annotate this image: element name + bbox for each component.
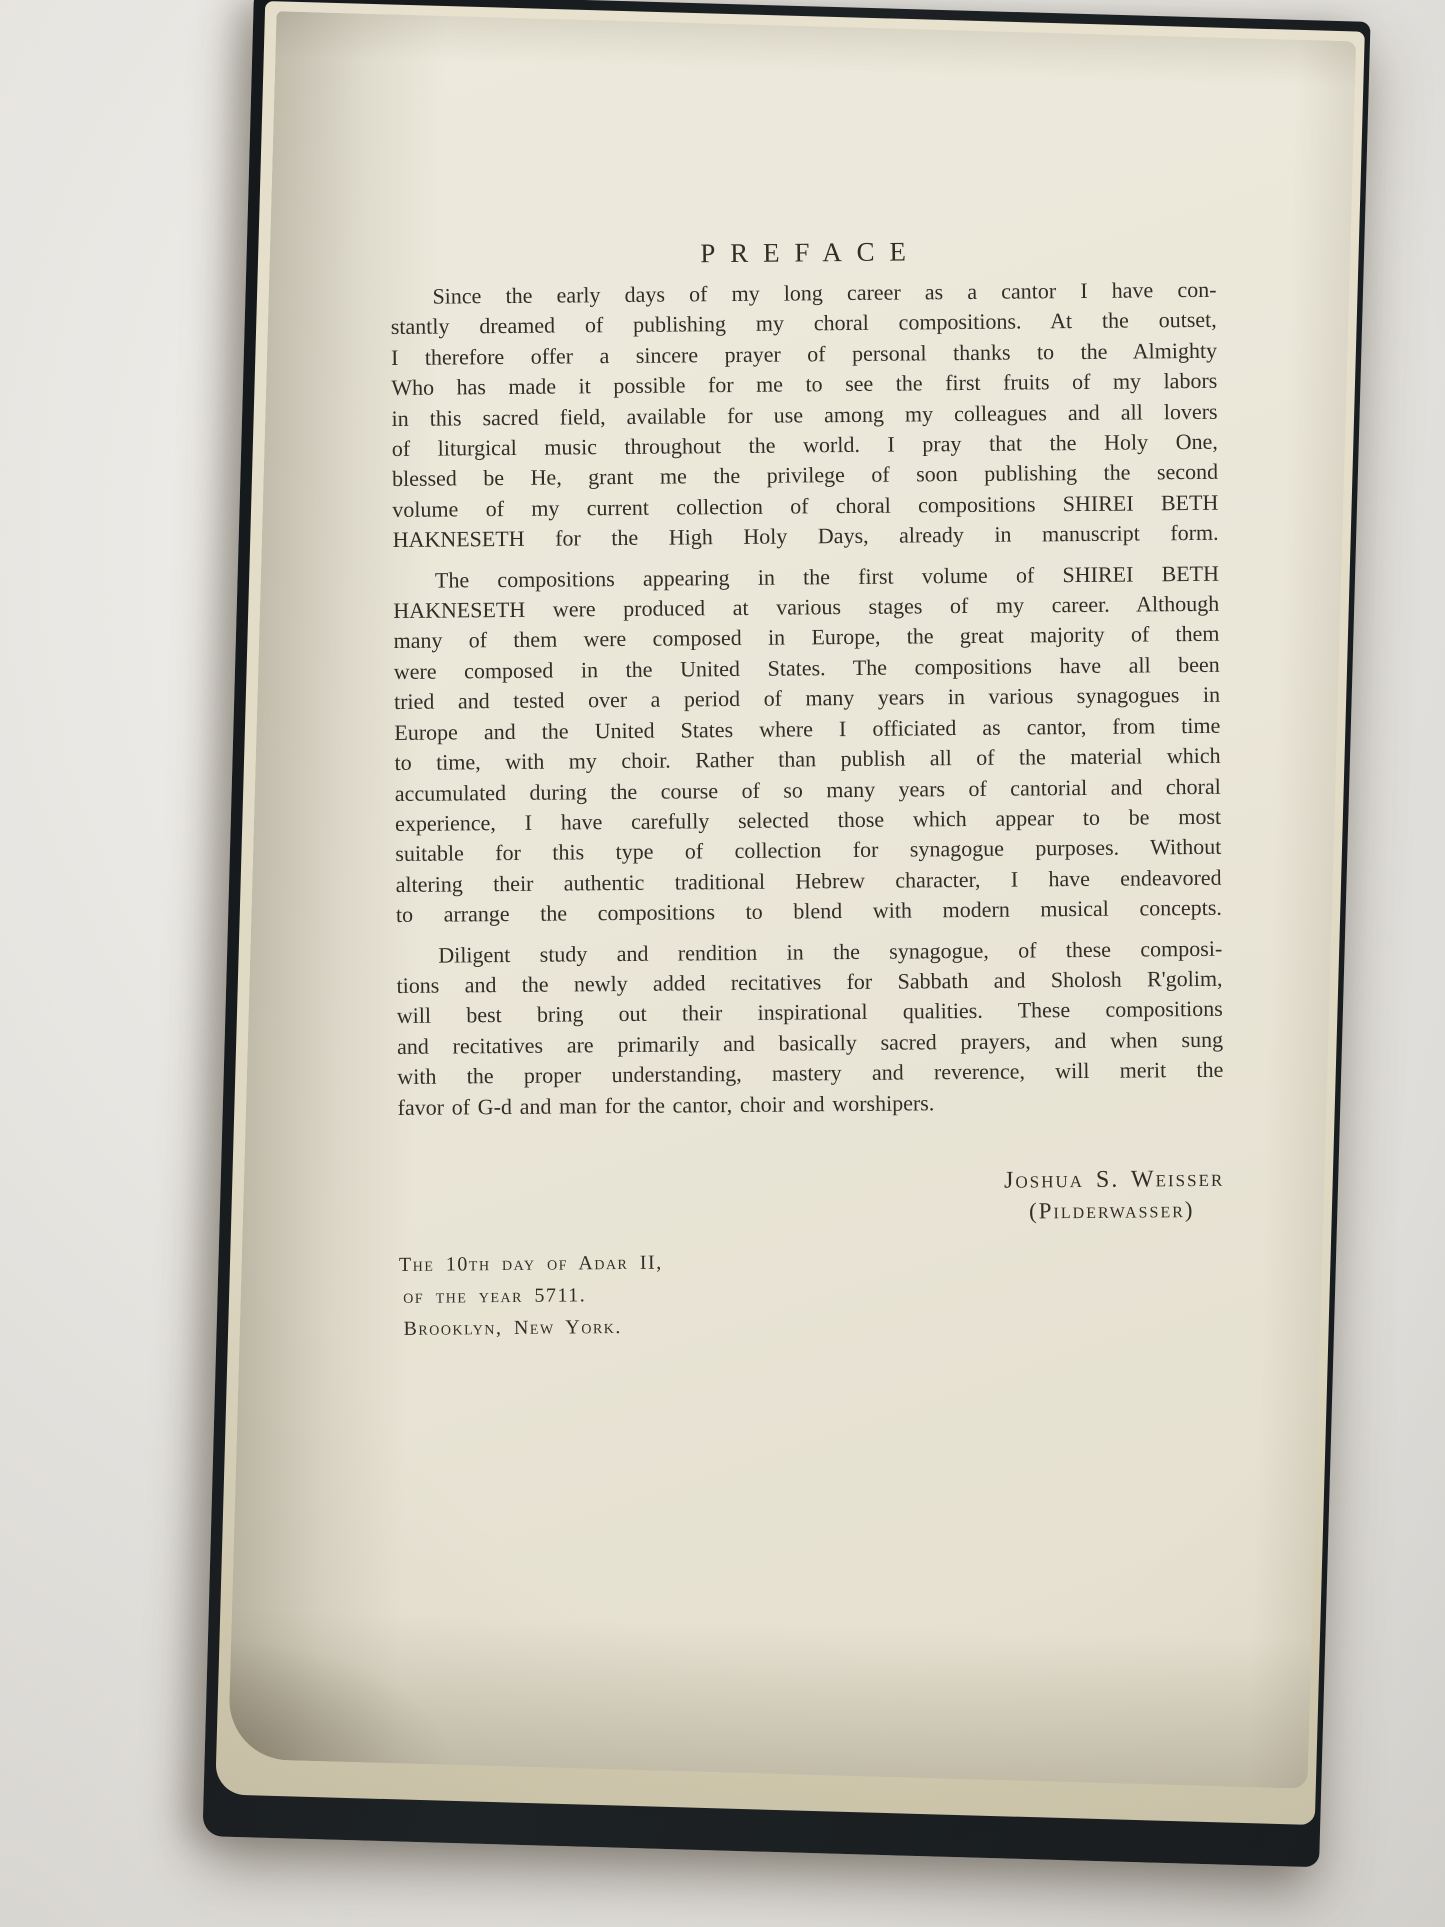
page-text: PREFACE Since the early days of my long …	[390, 231, 1226, 1345]
signature-alias: (Pilderwasser)	[398, 1194, 1224, 1233]
text-line: to arrange the compositions to blend wit…	[396, 893, 1222, 931]
paragraphs: Since the early days of my long career a…	[390, 275, 1223, 1123]
book-photo: PREFACE Since the early days of my long …	[0, 0, 1445, 1927]
page-title: PREFACE	[390, 231, 1216, 274]
paragraph-2: The compositions appearing in the first …	[393, 558, 1222, 930]
paragraph-1: Since the early days of my long career a…	[390, 275, 1218, 556]
text-line: favor of G-d and man for the cantor, cho…	[397, 1085, 1223, 1123]
dateline: The 10th day of Adar II,of the year 5711…	[399, 1242, 1226, 1345]
text-line: HAKNESETH for the High Holy Days, alread…	[393, 518, 1219, 556]
signature-block: Joshua S. Weisser (Pilderwasser)	[398, 1164, 1225, 1233]
paragraph-3: Diligent study and rendition in the syna…	[396, 933, 1224, 1123]
